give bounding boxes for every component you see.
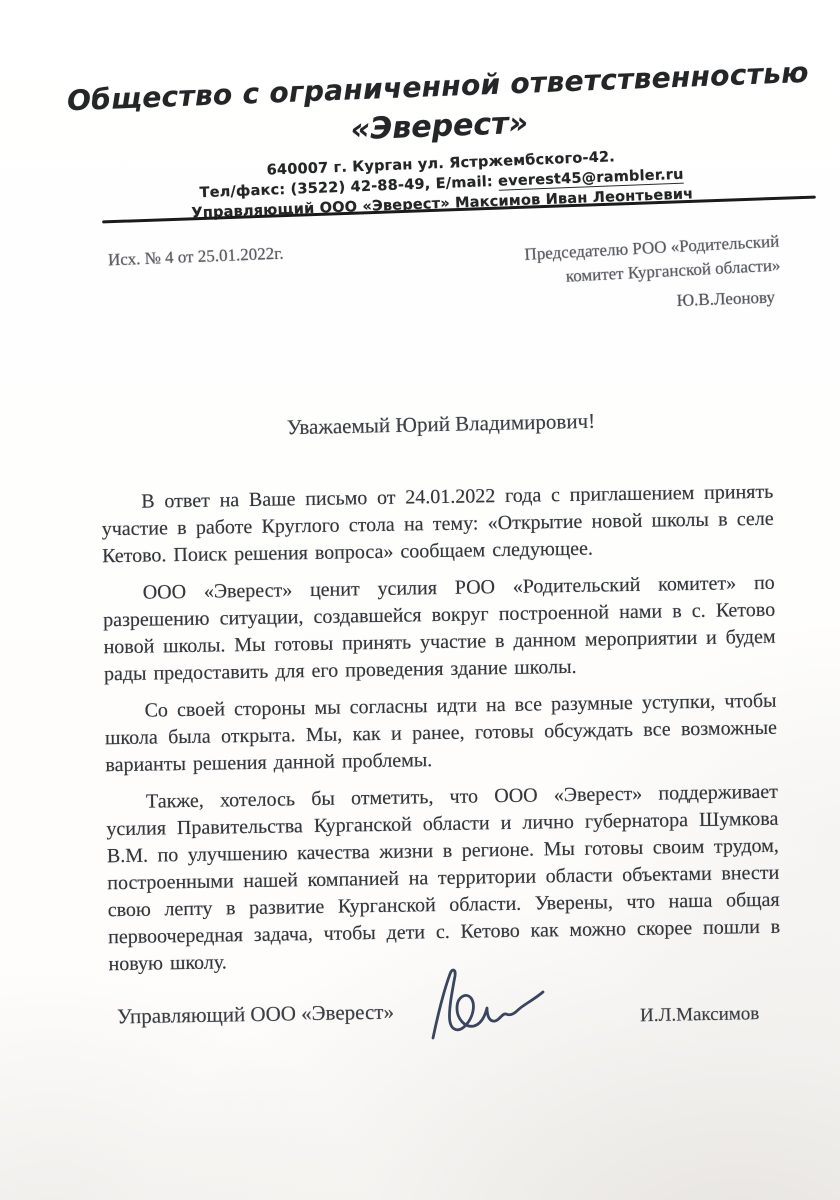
- letter-body: В ответ на Ваше письмо от 24.01.2022 год…: [101, 479, 781, 988]
- signoff-name: И.Л.Максимов: [640, 1003, 780, 1027]
- body-paragraph-1: В ответ на Ваше письмо от 24.01.2022 год…: [101, 479, 774, 571]
- signoff-title: Управляющий ООО «Эверест»: [117, 1000, 394, 1030]
- outgoing-reference: Исх. № 4 от 25.01.2022г.: [108, 244, 284, 271]
- letterhead: Общество с ограниченной ответственностью…: [58, 55, 823, 228]
- addressee-name: Ю.В.Леонову: [575, 288, 776, 315]
- addressee-block: Председателю РОО «Родительский комитет К…: [454, 230, 781, 295]
- salutation: Уважаемый Юрий Владимирович!: [105, 405, 777, 444]
- scanned-letter-page: Общество с ограниченной ответственностью…: [0, 0, 840, 1200]
- body-paragraph-3: Со своей стороны мы согласны идти на все…: [104, 688, 777, 780]
- body-paragraph-2: ООО «Эверест» ценит усилия РОО «Родитель…: [103, 570, 777, 689]
- signature-icon: [426, 961, 546, 1041]
- body-paragraph-4: Также, хотелось бы отметить, что ООО «Эв…: [106, 779, 781, 979]
